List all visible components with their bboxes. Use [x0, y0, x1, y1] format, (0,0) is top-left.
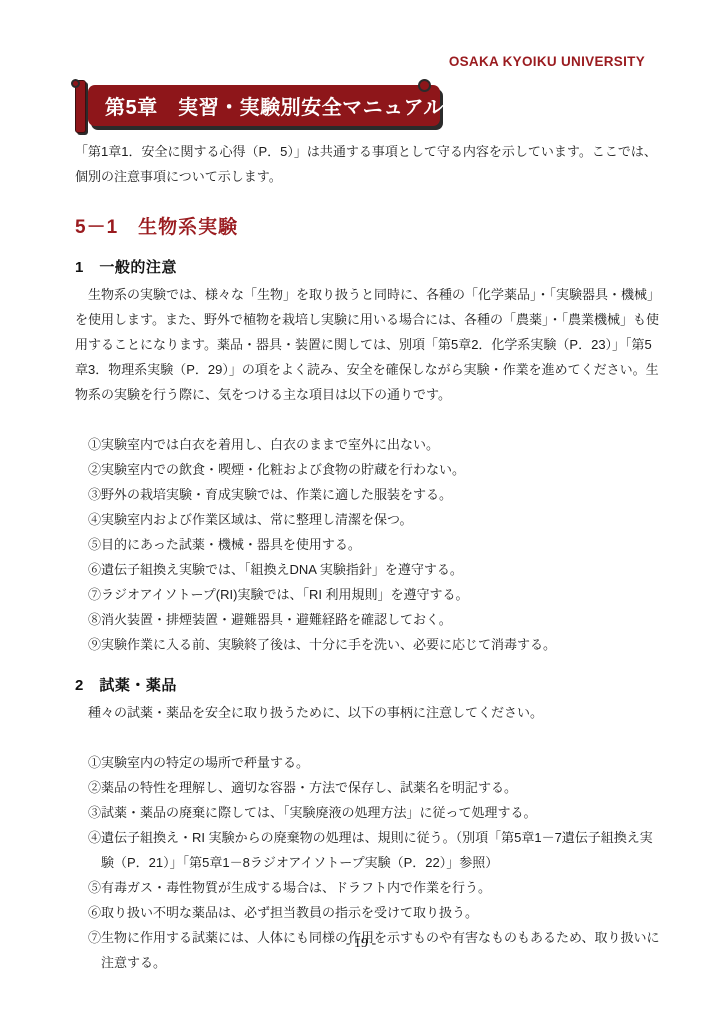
subsection-1-heading: 1 一般的注意	[75, 256, 660, 277]
subsection-2-heading: 2 試薬・薬品	[75, 674, 660, 695]
list-item: ⑨実験作業に入る前、実験終了後は、十分に手を洗い、必要に応じて消毒する。	[101, 632, 660, 657]
list-item: ⑦ラジオアイソトープ(RI)実験では、「RI 利用規則」を遵守する。	[101, 582, 660, 607]
subsection-1-body: 生物系の実験では、様々な「生物」を取り扱うと同時に、各種の「化学薬品」・「実験器…	[75, 282, 660, 407]
list-item: ③試薬・薬品の廃棄に際しては、「実験廃液の処理方法」に従って処理する。	[101, 800, 660, 825]
chapter-banner-body: 第5章 実習・実験別安全マニュアル	[88, 85, 440, 126]
list-item: ⑥取り扱い不明な薬品は、必ず担当教員の指示を受けて取り扱う。	[101, 900, 660, 925]
subsection-2-body: 種々の試薬・薬品を安全に取り扱うために、以下の事柄に注意してください。	[75, 700, 660, 725]
section-title: 5－1 生物系実験	[75, 212, 660, 239]
document-page: { "colors": { "accent_red": "#9a1b1f", "…	[0, 0, 722, 1024]
list-item: ③野外の栽培実験・育成実験では、作業に適した服装をする。	[101, 482, 660, 507]
list-item: ②実験室内での飲食・喫煙・化粧および食物の貯蔵を行わない。	[101, 457, 660, 482]
list-item: ②薬品の特性を理解し、適切な容器・方法で保存し、試薬名を明記する。	[101, 775, 660, 800]
list-item: ④実験室内および作業区域は、常に整理し清潔を保つ。	[101, 507, 660, 532]
scroll-roll-left	[75, 80, 86, 133]
page-content: 「第1章1．安全に関する心得（P．5）」は共通する事項として守る内容を示していま…	[75, 139, 660, 975]
list-item: ⑥遺伝子組換え実験では、「組換えDNA 実験指針」を遵守する。	[101, 557, 660, 582]
list-item: ④遺伝子組換え・RI 実験からの廃棄物の処理は、規則に従う。（別項「第5章1－7…	[101, 825, 660, 875]
scroll-curl-top-right	[418, 79, 431, 92]
subsection-1-item-list: ①実験室内では白衣を着用し、白衣のままで室外に出ない。 ②実験室内での飲食・喫煙…	[75, 432, 660, 657]
list-item: ①実験室内では白衣を着用し、白衣のままで室外に出ない。	[101, 432, 660, 457]
list-item: ①実験室内の特定の場所で秤量する。	[101, 750, 660, 775]
chapter-title: 第5章 実習・実験別安全マニュアル	[105, 91, 444, 120]
list-item: ⑤有毒ガス・毒性物質が生成する場合は、ドラフト内で作業を行う。	[101, 875, 660, 900]
university-logo-text: OSAKA KYOIKU UNIVERSITY	[449, 54, 645, 69]
intro-paragraph: 「第1章1．安全に関する心得（P．5）」は共通する事項として守る内容を示していま…	[75, 139, 660, 189]
list-item: ⑤目的にあった試薬・機械・器具を使用する。	[101, 532, 660, 557]
chapter-banner: 第5章 実習・実験別安全マニュアル	[75, 85, 440, 126]
list-item: ⑧消火装置・排煙装置・避難器具・避難経路を確認しておく。	[101, 607, 660, 632]
page-number: - 19 -	[0, 936, 722, 952]
